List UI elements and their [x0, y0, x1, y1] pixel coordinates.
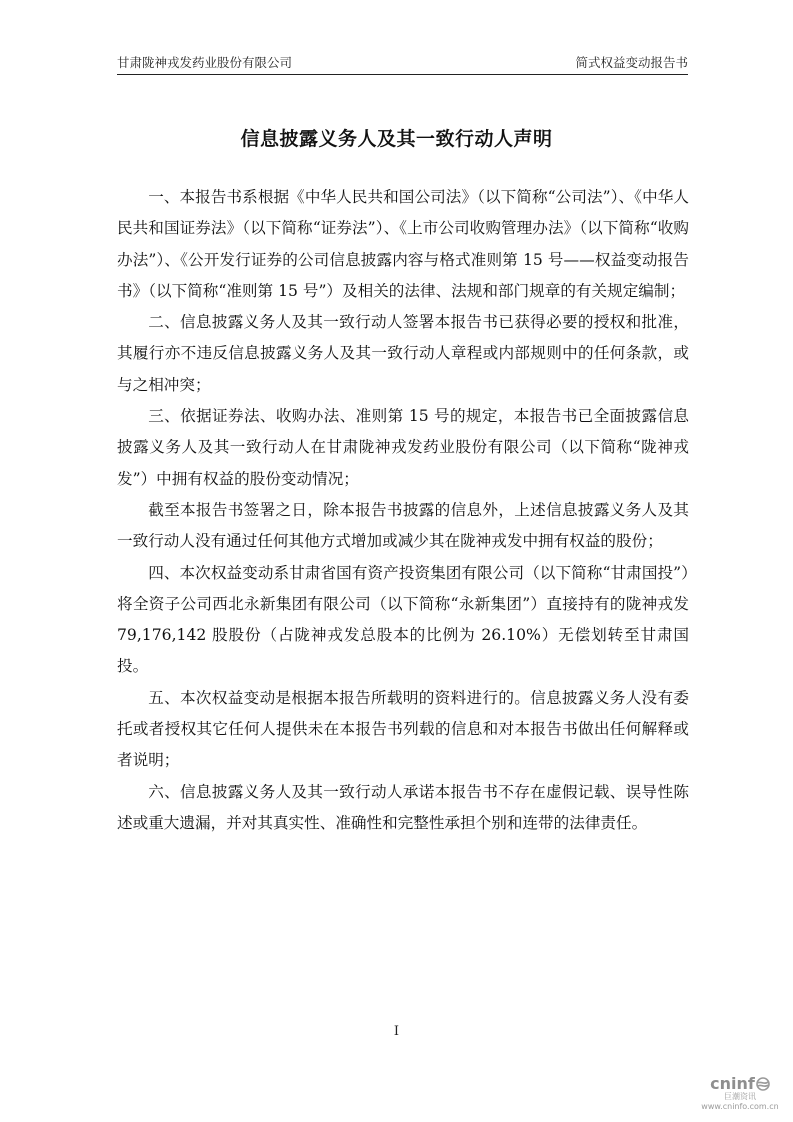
paragraph-4: 截至本报告书签署之日，除本报告书披露的信息外，上述信息披露义务人及其一致行动人没…: [117, 495, 689, 558]
watermark-url: www.cninfo.com.cn: [695, 1102, 785, 1112]
page-title: 信息披露义务人及其一致行动人声明: [0, 124, 793, 151]
watermark-brand: cninf: [695, 1075, 785, 1092]
header-company-name: 甘肃陇神戎发药业股份有限公司: [117, 54, 292, 72]
watermark-name-cn: 巨潮资讯: [695, 1092, 785, 1102]
page-header: 甘肃陇神戎发药业股份有限公司 简式权益变动报告书: [117, 54, 688, 75]
cninf-logo-icon: [756, 1077, 770, 1091]
watermark-brand-text: cninf: [710, 1074, 755, 1093]
paragraph-6: 五、本次权益变动是根据本报告所载明的资料进行的。信息披露义务人没有委托或者授权其…: [117, 683, 689, 777]
cninf-watermark: cninf 巨潮资讯 www.cninfo.com.cn: [695, 1075, 785, 1112]
paragraph-3: 三、依据证券法、收购办法、准则第 15 号的规定，本报告书已全面披露信息披露义务…: [117, 401, 689, 495]
paragraph-5: 四、本次权益变动系甘肃省国有资产投资集团有限公司（以下简称“甘肃国投”）将全资子…: [117, 558, 689, 683]
declaration-body: 一、本报告书系根据《中华人民共和国公司法》（以下简称“公司法”）、《中华人民共和…: [117, 182, 689, 839]
paragraph-7: 六、信息披露义务人及其一致行动人承诺本报告书不存在虚假记载、误导性陈述或重大遗漏…: [117, 777, 689, 840]
paragraph-1: 一、本报告书系根据《中华人民共和国公司法》（以下简称“公司法”）、《中华人民共和…: [117, 182, 689, 307]
header-document-type: 简式权益变动报告书: [575, 54, 688, 72]
page-number: I: [0, 1024, 793, 1039]
paragraph-2: 二、信息披露义务人及其一致行动人签署本报告书已获得必要的授权和批准，其履行亦不违…: [117, 307, 689, 401]
